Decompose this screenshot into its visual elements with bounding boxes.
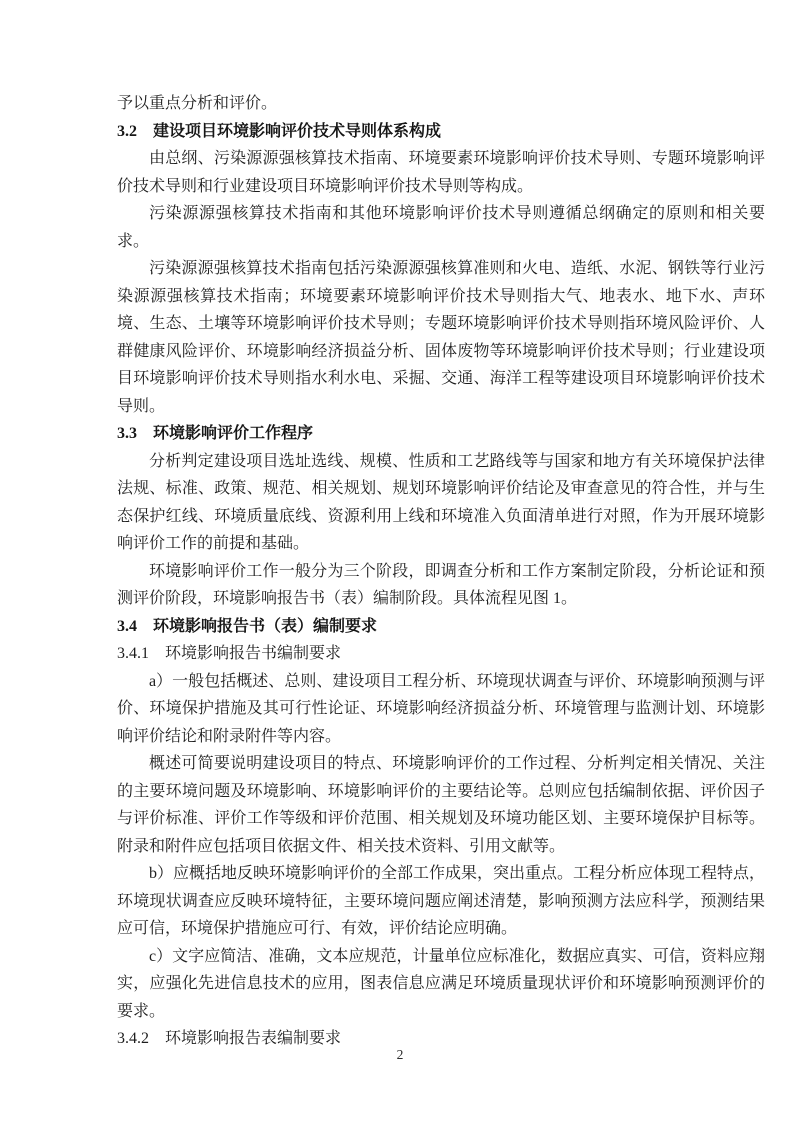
paragraph: 污染源源强核算技术指南包括污染源源强核算准则和火电、造纸、水泥、钢铁等行业污染源…: [117, 255, 765, 420]
paragraph: 污染源源强核算技术指南和其他环境影响评价技术导则遵循总纲确定的原则和相关要求。: [117, 200, 765, 255]
paragraph: 分析判定建设项目选址选线、规模、性质和工艺路线等与国家和地方有关环境保护法律法规…: [117, 448, 765, 558]
paragraph: 由总纲、污染源源强核算技术指南、环境要素环境影响评价技术导则、专题环境影响评价技…: [117, 145, 765, 200]
document-page: 予以重点分析和评价。 3.2 建设项目环境影响评价技术导则体系构成 由总纲、污染…: [0, 0, 800, 1132]
section-heading-3-4: 3.4 环境影响报告书（表）编制要求: [117, 613, 765, 641]
section-heading-3-3: 3.3 环境影响评价工作程序: [117, 420, 765, 448]
paragraph: 概述可简要说明建设项目的特点、环境影响评价的工作过程、分析判定相关情况、关注的主…: [117, 750, 765, 860]
section-heading-3-2: 3.2 建设项目环境影响评价技术导则体系构成: [117, 118, 765, 146]
subsection-heading-3-4-1: 3.4.1 环境影响报告书编制要求: [117, 640, 765, 668]
paragraph: 环境影响评价工作一般分为三个阶段，即调查分析和工作方案制定阶段，分析论证和预测评…: [117, 558, 765, 613]
paragraph-list-item-a: a）一般包括概述、总则、建设项目工程分析、环境现状调查与评价、环境影响预测与评价…: [117, 668, 765, 751]
paragraph-list-item-b: b）应概括地反映环境影响评价的全部工作成果，突出重点。工程分析应体现工程特点，环…: [117, 860, 765, 943]
paragraph-list-item-c: c）文字应简洁、准确，文本应规范，计量单位应标准化，数据应真实、可信，资料应翔实…: [117, 943, 765, 1026]
paragraph-continuation: 予以重点分析和评价。: [117, 90, 765, 118]
page-content: 予以重点分析和评价。 3.2 建设项目环境影响评价技术导则体系构成 由总纲、污染…: [117, 90, 765, 1053]
page-number: 2: [0, 1047, 800, 1063]
